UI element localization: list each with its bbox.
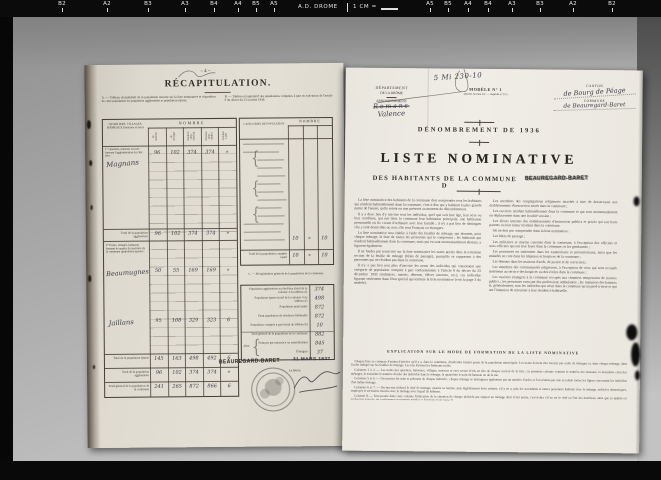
calibration-mark: A4	[457, 1, 479, 12]
recap-c-row-label: Population comptée à part (total du tabl…	[248, 323, 308, 327]
table-b-group-header: NOMBRE	[288, 119, 332, 123]
arrondissement-value-handwritten: Valence	[359, 109, 423, 120]
paper-speck	[91, 205, 93, 210]
hamlet-name-handwritten: Jaillans	[108, 318, 134, 328]
hamlet-name-handwritten: Beaumugnes	[106, 267, 149, 278]
text-line	[257, 175, 285, 176]
cell-value: 866	[206, 383, 217, 389]
cell-value: 10	[319, 235, 328, 241]
mairie-seal	[251, 367, 295, 411]
paper-speck	[93, 365, 95, 369]
cell-value: 102	[170, 230, 181, 236]
table-b-total-label: Total de la population comptée à part	[247, 252, 287, 259]
cell-value: 145	[153, 355, 164, 361]
cell-value: 241	[154, 383, 165, 389]
column-line	[288, 125, 290, 264]
cell-value: 374	[205, 230, 216, 236]
cell-value: 10	[290, 252, 299, 258]
instruction-paragraph: Les ouvriers étrangers à la commune occu…	[489, 275, 617, 294]
cell-value: 10	[319, 252, 328, 258]
title-rule	[205, 92, 231, 93]
ornament-rule	[464, 122, 494, 123]
calibration-mark: B2	[51, 1, 73, 12]
recap-c-row-label: Population municipale	[247, 305, 307, 309]
header-left-block: DÉPARTEMENT DE LA DRÔME ARRONDISSEMENT R…	[359, 86, 423, 119]
cell-value: 169	[205, 267, 216, 273]
table-a-col-label: de ménages	[170, 132, 179, 141]
cell-value: »	[223, 230, 234, 236]
cell-value: 102	[169, 149, 180, 155]
calibration-mark: B5	[437, 1, 459, 12]
instruction-paragraph: Les membres des congrégations religieuse…	[490, 199, 618, 209]
page-number: – 4 –	[200, 69, 210, 74]
total-eparse-label: Total de la population éparse	[107, 357, 149, 361]
scan-bottom-black-band	[0, 461, 661, 480]
calibration-mark: A2	[96, 1, 118, 12]
ornament-rule	[457, 191, 501, 192]
recap-c-value: 498	[313, 295, 327, 301]
instruction-paragraph: Les militaires et marins casernés dans l…	[489, 240, 617, 250]
total-agglomeree-label: Total de la population agglomérée	[107, 371, 149, 378]
scan-left-black-band	[0, 17, 13, 480]
text-line	[244, 239, 285, 240]
small-rule	[387, 96, 397, 97]
note-a: A. — Tableau récapitulatif de la populat…	[102, 95, 216, 117]
table-a-col-label: de maisons	[152, 132, 161, 141]
table-a-corner-header: QUARTIERS, VILLAGES, HAMEAUX (maisons et…	[104, 123, 147, 145]
calibration-mark: A3	[174, 1, 196, 12]
calibration-mark: B2	[601, 1, 623, 12]
total-general-label: Total général de la population de la com…	[107, 385, 149, 392]
instructions-column-right: Les membres des congrégations religieuse…	[488, 199, 617, 347]
modele-subtext: (Décret, Section 1re. — Imprimé n° 10.)	[441, 92, 531, 101]
cell-value: 329	[188, 317, 199, 323]
scale-ratio-label: 1 CM =	[353, 4, 377, 10]
calibration-mark: B4	[477, 1, 499, 12]
commune-value-handwritten: de Beauregard-Baret	[553, 102, 635, 111]
text-line	[243, 143, 284, 144]
note-b: B. — Tableau récapitulatif des populatio…	[225, 94, 333, 116]
recap-c-value: 37	[313, 349, 327, 355]
liste-nominative-title: LISTE NOMINATIVE	[349, 150, 609, 168]
commune-name-stamp: BEAUREGARD-BARET	[219, 358, 280, 366]
cell-value: 374	[187, 230, 198, 236]
recap-c-value: 374	[312, 286, 326, 292]
recap-c-value: 10	[313, 322, 327, 328]
instruction-paragraph: Il y a donc lieu d'y inscrire tous les i…	[354, 212, 481, 231]
dont-label: dont	[244, 345, 250, 349]
table-c: Population agglomérée au chef-lieu (tota…	[240, 284, 335, 361]
recapitulation-page: – 4 – RÉCAPITULATION. A. — Tableau récap…	[84, 63, 346, 448]
instruction-paragraph: Les membres des communautés religieuses,…	[489, 265, 617, 275]
cell-value: »	[222, 149, 233, 155]
cell-value: 492	[206, 355, 217, 361]
text-line	[257, 159, 284, 160]
cell-value: 265	[171, 383, 182, 389]
cell-value: 102	[171, 369, 182, 375]
table-a: QUARTIERS, VILLAGES, HAMEAUX (maisons et…	[102, 118, 239, 398]
cell-value: »	[305, 252, 314, 258]
cell-value: »	[224, 369, 235, 375]
column-line	[302, 125, 304, 264]
recap-c-row-label: Total général de la population de la com…	[248, 332, 308, 336]
paper-damage	[635, 370, 640, 380]
instruction-paragraph: Il n'y a pas lieu non plus d'inscrire le…	[354, 263, 481, 286]
cell-value: 374	[206, 369, 217, 375]
subtotal-label: Total de la population agglomérée	[108, 232, 148, 239]
text-line	[258, 215, 285, 216]
cell-value: »	[223, 267, 234, 273]
recap-c-value: 845	[313, 340, 327, 346]
cell-value: 872	[189, 383, 200, 389]
cell-value: 169	[188, 267, 199, 273]
text-line	[257, 191, 283, 192]
scan-top-shadow	[13, 17, 637, 69]
brace-glyph: {	[251, 179, 259, 199]
table-b: CATÉGORIES DE POPULATION NOMBRE { { {	[239, 117, 334, 266]
calibration-mark: B3	[137, 1, 159, 12]
table-a-col-label: d'individus (pop. totale)	[205, 132, 214, 141]
header-center-block: MODÈLE N° 1 (Décret, Section 1re. — Impr…	[441, 86, 531, 101]
commune-name-stamp: BEAUREGARD-BARET	[525, 175, 588, 181]
calibration-mark: B3	[529, 1, 551, 12]
explication-text: Chaque liste se compose d'autant d'artic…	[351, 360, 627, 403]
cell-value: 374	[189, 369, 200, 375]
subtitle-habitants-commune: DES HABITANTS DE LA COMMUNE D	[369, 175, 521, 190]
cell-value: 6	[224, 383, 235, 389]
note-c: C. — Récapitulation générale de la popul…	[234, 272, 338, 282]
table-rule	[288, 125, 332, 126]
paper-speck	[87, 120, 91, 129]
cell-value: 163	[171, 355, 182, 361]
cell-value: 6	[223, 317, 234, 323]
departement-value: DE LA DRÔME	[360, 91, 424, 96]
microfilm-scan-view: B2 A2 B3 A3 B4 A4 B5 A5 A.D. DROME 1 CM …	[0, 0, 661, 480]
table-a-col-label: d'individus (pop. municipale)	[188, 132, 197, 141]
ornament-rule	[469, 142, 489, 143]
cell-value: 498	[188, 355, 199, 361]
paper-speck	[88, 275, 91, 282]
instructions-column-left: La liste nominative des habitants de la …	[353, 198, 481, 346]
paper-speck	[89, 160, 92, 166]
instruction-paragraph: Les personnes en traitement dans les san…	[489, 250, 617, 260]
text-line	[258, 199, 287, 200]
cell-value: 108	[171, 317, 182, 323]
cell-value: 50	[153, 267, 164, 273]
cell-value: 95	[153, 317, 164, 323]
date-stamp: 31 MARS 1937	[293, 357, 331, 362]
table-rule	[148, 127, 236, 129]
recap-c-row-label: Étrangers	[258, 350, 308, 354]
scale-dash	[381, 8, 398, 10]
paper-damage	[634, 196, 640, 206]
cell-value: »	[305, 235, 314, 241]
instruction-paragraph: Les ouvriers résidant habituellement dan…	[489, 209, 617, 219]
recap-c-value: 882	[313, 331, 327, 337]
column-line	[309, 285, 311, 359]
denombrement-heading: DÉNOMBREMENT DE 1936	[349, 126, 609, 135]
column-line	[317, 125, 319, 264]
scale-tick	[347, 3, 348, 12]
brace-glyph: {	[252, 337, 261, 359]
calibration-mark: A5	[263, 1, 285, 12]
liste-nominative-title-page: 5 Mi 230-10 DÉPARTEMENT DE LA DRÔME ARRO…	[342, 68, 643, 454]
cell-value: 96	[151, 149, 162, 155]
recap-c-row-label: Français par naissance ou naturalisation	[258, 341, 308, 345]
cell-value: 10	[290, 235, 299, 241]
recap-c-value: 872	[313, 313, 327, 319]
recap-c-row-label: Dont population de résidence habituelle	[248, 314, 308, 318]
instruction-paragraph: Les élèves internes des établissements d…	[489, 219, 617, 229]
text-line	[243, 151, 279, 152]
cell-value: 55	[170, 267, 181, 273]
text-line	[257, 167, 282, 168]
modele-label: MODÈLE N° 1	[441, 86, 531, 92]
text-line	[244, 231, 281, 232]
archive-name-label: A.D. DROME	[298, 4, 338, 10]
text-line	[257, 183, 280, 184]
maire-signature	[291, 366, 343, 396]
recap-c-row-label: Population éparse (total de la colonne 4…	[247, 296, 307, 303]
cell-value: 323	[206, 317, 217, 323]
departement-label: DÉPARTEMENT	[360, 86, 424, 91]
cell-value: 96	[152, 230, 163, 236]
cell-value: 374	[204, 149, 215, 155]
instruction-paragraph: La liste nominative sera établie à l'aid…	[354, 231, 481, 250]
calibration-strip: B2 A2 B3 A3 B4 A4 B5 A5 A.D. DROME 1 CM …	[0, 0, 661, 17]
table-a-col-label: comptés à part	[223, 131, 232, 140]
cell-value: 374	[187, 149, 198, 155]
section2-label: 2° Écarts, villages, hameaux formant le …	[106, 244, 147, 270]
cell-value: 96	[153, 369, 164, 375]
recap-c-value: 872	[313, 304, 327, 310]
instruction-paragraph: La liste nominative des habitants de la …	[354, 198, 481, 212]
text-line	[258, 207, 282, 208]
header-right-block: CANTON de Bourg de Péage COMMUNE de Beau…	[553, 84, 635, 111]
calibration-mark: A3	[501, 1, 523, 12]
text-line	[244, 223, 284, 224]
explication-paragraph: Colonne 8. — Sera portée dans cette colo…	[351, 394, 627, 402]
explication-title: EXPLICATION SUR LE MODE DE FORMATION DE …	[347, 349, 619, 361]
instruction-paragraph: Il ne faudra pas transcrire sur la liste…	[354, 249, 481, 263]
calibration-mark: B4	[203, 1, 225, 12]
table-a-group-header: NOMBRE	[148, 120, 236, 126]
recap-title: RÉCAPITULATION.	[101, 78, 334, 90]
calibration-mark: A2	[562, 1, 584, 12]
recap-c-row-label: Population agglomérée au chef-lieu (tota…	[247, 287, 307, 294]
